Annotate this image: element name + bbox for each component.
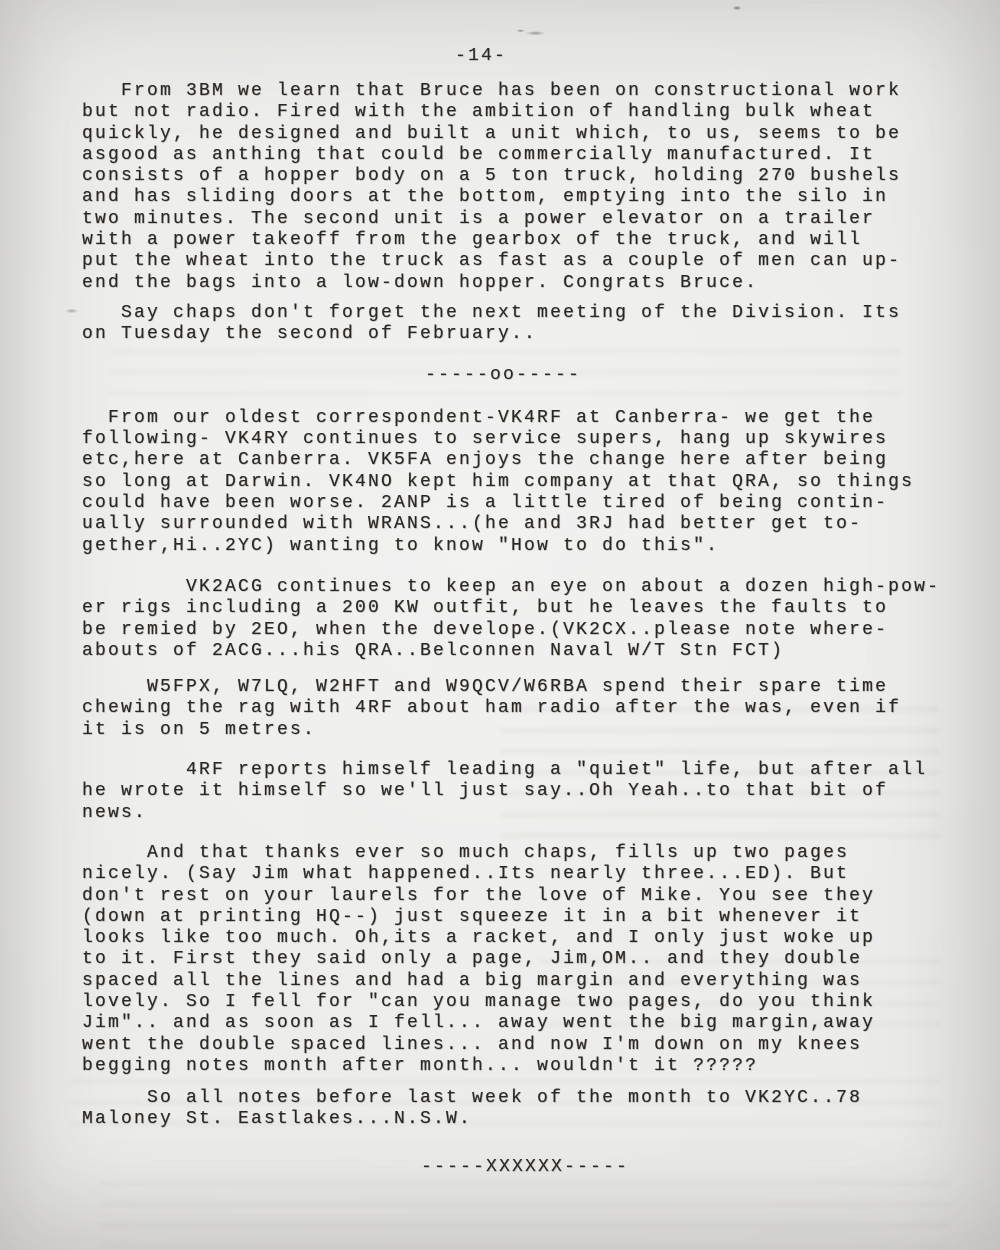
- paragraph-editor-two-pages: And that thanks ever so much chaps, fill…: [82, 843, 940, 1077]
- paragraph-division-meeting-reminder: Say chaps don't forget the next meeting …: [82, 303, 940, 346]
- page-number: -14-: [52, 46, 910, 67]
- paragraph-3bm-bruce-wheat-unit: From 3BM we learn that Bruce has been on…: [82, 81, 940, 294]
- bleed-through-smudge: [100, 1168, 950, 1248]
- paragraph-notes-deadline-address: So all notes before last week of the mon…: [82, 1088, 940, 1131]
- ink-smudge: [508, 26, 550, 38]
- section-divider-oo: -----oo-----: [425, 365, 581, 386]
- paragraph-4rf-quiet-life: 4RF reports himself leading a "quiet" li…: [82, 760, 940, 824]
- ink-smudge: [730, 4, 744, 12]
- paragraph-overseas-hams-ragchew: W5FPX, W7LQ, W2HFT and W9QCV/W6RBA spend…: [82, 677, 940, 741]
- end-divider-xxxxxx: -----XXXXXX-----: [421, 1157, 629, 1178]
- paragraph-vk2acg-high-power-rigs: VK2ACG continues to keep an eye on about…: [82, 577, 940, 662]
- ink-smudge: [60, 306, 86, 316]
- page-content: -14- From 3BM we learn that Bruce has be…: [0, 0, 1000, 1178]
- paragraph-vk4rf-canberra-news: From our oldest correspondent-VK4RF at C…: [82, 408, 940, 557]
- scanned-newsletter-page: -14- From 3BM we learn that Bruce has be…: [0, 0, 1000, 1250]
